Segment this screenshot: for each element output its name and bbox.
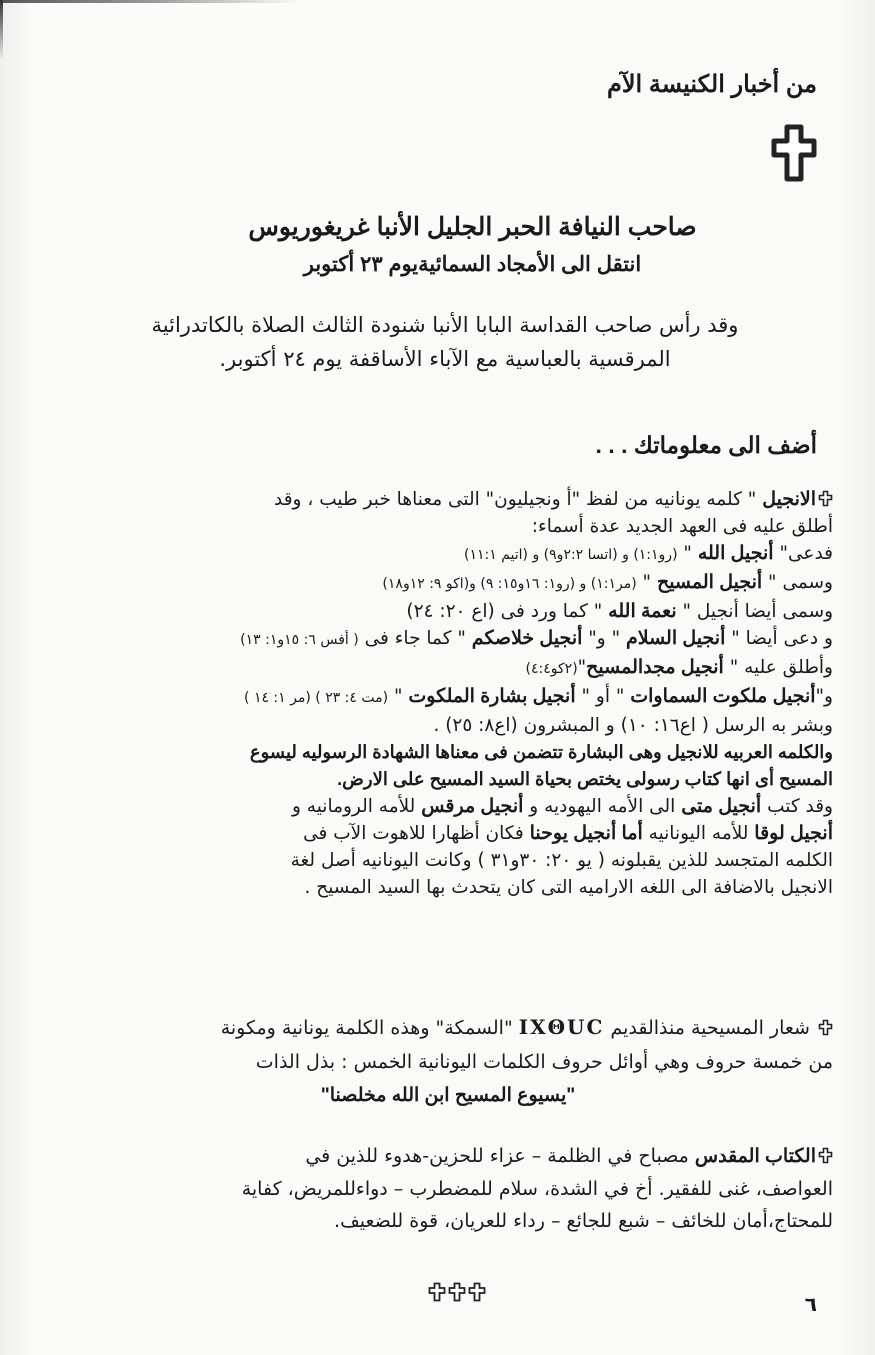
text: وأطلق عليه " [724, 657, 833, 678]
scripture-reference: (مت ٤: ٢٣ ) (مر ١: ١٤ ) [244, 690, 388, 706]
term-bold: أنجيل ملكوت السماوات [630, 686, 815, 707]
text-line-bold: "يسيوع المسيح ابن الله مخلصنا" [63, 1079, 833, 1113]
text: مصباح في الظلمة – عزاء للحزين-هدوء للذين… [305, 1145, 695, 1167]
term-bold: نعمة الله [608, 601, 676, 622]
text-line: و دعى أيضا " أنجيل السلام " و" أنجيل خلا… [63, 625, 833, 654]
term-bold: أنجيل السلام [626, 628, 725, 649]
text-line: الكتاب المقدس مصباح في الظلمة – عزاء للح… [63, 1140, 833, 1173]
text: " [388, 686, 408, 707]
text-line: وسمى أيضا أنجيل " نعمة الله " كما ورد فى… [63, 598, 833, 625]
page-number: ٦ [805, 1292, 817, 1316]
cross-icon [448, 1282, 466, 1302]
text: " [637, 572, 657, 593]
term-bold: أنجيل لوقا [754, 823, 833, 844]
term-bold: أنجيل مرقس [421, 796, 523, 817]
news-body-line: وقد رأس صاحب القداسة البابا الأنبا شنودة… [80, 308, 810, 342]
news-subheadline: انتقل الى الأمجاد السمائيةيوم ٢٣ أكتوبر [0, 252, 875, 277]
text: للأمه اليونانيه [643, 823, 755, 844]
text-line: من خمسة حروف وهي أوائل حروف الكلمات اليو… [63, 1045, 833, 1079]
term-bold: أما أنجيل يوحنا [530, 823, 643, 844]
text-line: العواصف، غنى للفقير. أخ في الشدة، سلام ل… [63, 1173, 833, 1205]
text-line-bold: المسيح أى انها كتاب رسولى يختص بحياة الس… [63, 766, 833, 793]
scan-edge-shadow-left [0, 0, 3, 60]
text-line: وأطلق عليه " أنجيل مجدالمسيح"(٢كو٤:٤) [63, 654, 833, 683]
term-bold: الانجيل [762, 489, 816, 510]
text: "السمكة" وهذه الكلمة يونانية ومكونة [221, 1017, 519, 1039]
cross-bullet-icon [818, 1019, 833, 1036]
news-headline: صاحب النيافة الحبر الجليل الأنبا غريغوري… [0, 212, 875, 242]
scripture-reference: (٢كو٤:٤) [526, 661, 578, 677]
term-bold: أنجيل المسيح [657, 572, 762, 593]
text: " كلمه يونانيه من لفظ "أ ونجيليون" التى … [274, 489, 762, 510]
text: " [578, 657, 587, 678]
gospel-paragraph: الانجيل " كلمه يونانيه من لفظ "أ ونجيليو… [63, 486, 833, 901]
text-line: الانجيل " كلمه يونانيه من لفظ "أ ونجيليو… [63, 486, 833, 513]
text: " [678, 543, 698, 564]
greek-ichthys: IXΘUC [519, 1015, 605, 1039]
text-line: وسمى " أنجيل المسيح " (مر١:١) و (رو١: ١٦… [63, 569, 833, 598]
text: " و" [582, 628, 626, 649]
term-bold: الكتاب المقدس [695, 1146, 816, 1167]
text: " كما ورد فى (اع ٢٠: ٢٤) [406, 601, 608, 622]
cross-icon [428, 1282, 446, 1302]
text: و دعى أيضا " [725, 628, 833, 649]
term-bold: أنجيل بشارة الملكوت [408, 686, 575, 707]
text-line: الكلمه المتجسد للذين يقبلونه ( يو ٢٠: ٣٠… [63, 847, 833, 874]
text-line: الانجيل بالاضافة الى اللغه الاراميه التى… [63, 874, 833, 901]
text: " كما جاء فى [359, 628, 472, 649]
term-bold: أنجيل خلاصكم [472, 628, 583, 649]
cross-bullet-icon [818, 490, 833, 507]
text: للأمه الرومانيه و [292, 796, 421, 817]
bible-paragraph: الكتاب المقدس مصباح في الظلمة – عزاء للح… [63, 1140, 833, 1237]
text-line: للمحتاج،أمان للخائف – شبع للجائع – رداء … [63, 1205, 833, 1237]
text: الى الأمه اليهوديه و [523, 796, 681, 817]
term-bold: أنجيل الله [698, 543, 774, 564]
text-line: وقد كتب أنجيل متى الى الأمه اليهوديه و أ… [63, 793, 833, 820]
document-page: من أخبار الكنيسة الآم صاحب النيافة الحبر… [0, 0, 875, 1355]
cross-icon [468, 1282, 486, 1302]
footer-crosses [428, 1282, 486, 1302]
fish-symbol-paragraph: شعار المسيحية منذالقديم IXΘUC "السمكة" و… [63, 1010, 833, 1113]
cross-bullet-icon [818, 1147, 833, 1164]
text: فكان أظهارا للاهوت الآب فى [303, 823, 530, 844]
text: وسمى أيضا أنجيل " [677, 601, 833, 622]
text-line: شعار المسيحية منذالقديم IXΘUC "السمكة" و… [63, 1010, 833, 1045]
scripture-reference: (رو١:١) و (اتسا ٢:٢و٩) و (اتيم ١١:١) [464, 547, 678, 563]
term-bold: أنجيل متى [681, 796, 761, 817]
text-line-bold: والكلمه العربيه للانجيل وهى البشارة تتضم… [63, 739, 833, 766]
text: وقد كتب [761, 796, 833, 817]
text-line: و"أنجيل ملكوت السماوات " أو " أنجيل بشار… [63, 683, 833, 712]
news-body-line: المرقسية بالعباسية مع الآباء الأساقفة يو… [80, 342, 810, 376]
text: " أو " [576, 686, 631, 707]
text: فدعى" [774, 543, 833, 564]
section-title: من أخبار الكنيسة الآم [607, 70, 817, 99]
scripture-reference: ( أفس ٦: ١٥و١: ١٣) [240, 632, 359, 648]
text-line: فدعى" أنجيل الله " (رو١:١) و (اتسا ٢:٢و٩… [63, 540, 833, 569]
scan-edge-shadow [0, 0, 300, 3]
text-line: أطلق عليه فى العهد الجديد عدة أسماء: [63, 513, 833, 540]
cross-icon [771, 124, 817, 182]
news-body: وقد رأس صاحب القداسة البابا الأنبا شنودة… [80, 308, 810, 376]
scripture-reference: (مر١:١) و (رو١: ١٦و١٥: ٩) و(اكو ٩: ١٢و١٨… [382, 576, 636, 592]
text-line: وبشر به الرسل ( اع١٦: ١٠) و المبشرون (اع… [63, 712, 833, 739]
text: شعار المسيحية منذالقديم [604, 1017, 816, 1039]
text: و" [816, 686, 833, 707]
section-title-add-to-knowledge: أضف الى معلوماتك . . . [596, 432, 817, 459]
text: وسمى " [762, 572, 833, 593]
term-bold: أنجيل مجدالمسيح [586, 657, 724, 678]
text-line: أنجيل لوقا للأمه اليونانيه أما أنجيل يوح… [63, 820, 833, 847]
